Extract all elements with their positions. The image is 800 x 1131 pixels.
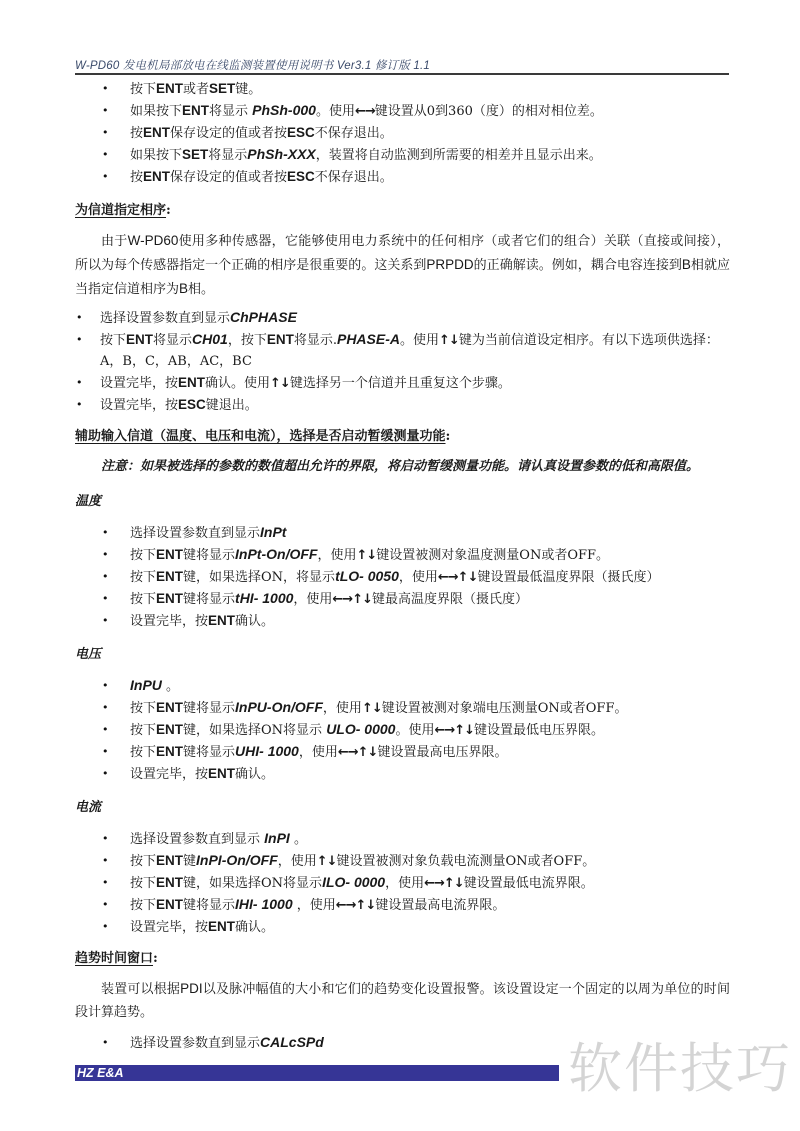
- four-way-arrow-icon: ←→↑↓: [338, 745, 378, 760]
- list-item: 按ENT保存设定的值或者按ESC不保存退出。: [0, 122, 800, 144]
- document-header-title: W-PD60 发电机局部放电在线监测装置使用说明书 Ver3.1 修订版 1.1: [75, 57, 729, 73]
- list-item: 按下ENT键将显示UHI- 1000，使用←→↑↓键设置最高电压界限。: [0, 741, 800, 763]
- display-code: InPI-On/OFF: [196, 852, 278, 868]
- list-item: 按下ENT键，如果选择ON，将显示tLO- 0050，使用←→↑↓键设置最低温度…: [0, 566, 800, 588]
- list-item: 按下ENT或者SET键。: [0, 78, 800, 100]
- list-item: 如果按下ENT将显示 PhSh-000。使用←→键设置从0到360（度）的相对相…: [0, 100, 800, 122]
- display-code: ChPHASE: [230, 309, 297, 325]
- four-way-arrow-icon: ←→↑↓: [336, 898, 376, 913]
- section-heading-channel-phase: 为信道指定相序:: [0, 200, 800, 221]
- up-down-arrow-icon: ↑↓: [439, 333, 459, 348]
- subsection-current: 电流: [0, 797, 800, 818]
- list-item: 设置完毕，按ESC键退出。: [0, 394, 800, 416]
- display-code: CH01: [192, 331, 228, 347]
- list-item: InPU 。: [0, 675, 800, 697]
- four-way-arrow-icon: ←→↑↓: [438, 570, 478, 585]
- display-code: InPt: [260, 524, 286, 540]
- section-heading-aux-inputs: 辅助输入信道（温度、电压和电流），选择是否启动暂缓测量功能:: [0, 426, 800, 447]
- up-down-arrow-icon: ↑↓: [362, 701, 382, 716]
- list-item: 按下ENT键将显示IHI- 1000 ，使用←→↑↓键设置最高电流界限。: [0, 894, 800, 916]
- display-code: CALcSPd: [260, 1034, 324, 1050]
- display-code: InPt-On/OFF: [235, 546, 317, 562]
- list-item: 选择设置参数直到显示 InPI 。: [0, 828, 800, 850]
- display-code: PHASE-A: [337, 331, 400, 347]
- display-code: PhSh-000: [252, 102, 316, 118]
- list-item: 按下ENT将显示CH01，按下ENT将显示.PHASE-A。使用↑↓键为当前信道…: [0, 329, 740, 372]
- display-code: tHI- 1000: [235, 590, 293, 606]
- display-code: ILO- 0000: [322, 874, 385, 890]
- list-item: 选择设置参数直到显示InPt: [0, 522, 800, 544]
- list-item: 按下ENT键将显示InPt-On/OFF，使用↑↓键设置被测对象温度测量ON或者…: [0, 544, 800, 566]
- display-code: UHI- 1000: [235, 743, 299, 759]
- list-item: 按下ENT键将显示tHI- 1000，使用←→↑↓键最高温度界限（摄氏度）: [0, 588, 800, 610]
- list-item: 按下ENT键，如果选择ON将显示ILO- 0000，使用←→↑↓键设置最低电流界…: [0, 872, 800, 894]
- header-divider: [75, 73, 729, 75]
- footer-company-label: HZ E&A: [77, 1065, 124, 1081]
- display-code: PhSh-XXX: [247, 146, 315, 162]
- temperature-steps: 选择设置参数直到显示InPt 按下ENT键将显示InPt-On/OFF，使用↑↓…: [0, 522, 800, 632]
- list-item: 选择设置参数直到显示ChPHASE: [0, 307, 800, 329]
- up-down-arrow-icon: ↑↓: [317, 854, 337, 869]
- display-code: ULO- 0000: [326, 721, 395, 737]
- list-item: 设置完毕，按ENT确认。: [0, 763, 800, 785]
- watermark-text: 软件技巧: [568, 1034, 792, 1104]
- trend-window-paragraph: 装置可以根据PDI以及脉冲幅值的大小和它们的趋势变化设置报警。该设置设定一个固定…: [0, 977, 730, 1024]
- four-way-arrow-icon: ←→↑↓: [424, 876, 464, 891]
- list-item: 如果按下SET将显示PhSh-XXX，装置将自动监测到所需要的相差并且显示出来。: [0, 144, 800, 166]
- list-item: 设置完毕，按ENT确认。: [0, 916, 800, 938]
- display-code: InPU-On/OFF: [235, 699, 323, 715]
- current-steps: 选择设置参数直到显示 InPI 。 按下ENT键InPI-On/OFF，使用↑↓…: [0, 828, 800, 938]
- up-down-arrow-icon: ↑↓: [356, 548, 376, 563]
- list-item: 按下ENT键将显示InPU-On/OFF，使用↑↓键设置被测对象端电压测量ON或…: [0, 697, 800, 719]
- channel-phase-steps: 选择设置参数直到显示ChPHASE 按下ENT将显示CH01，按下ENT将显示.…: [0, 307, 800, 416]
- warning-note: 注意：如果被选择的参数的数值超出允许的界限，将启动暂缓测量功能。请认真设置参数的…: [0, 455, 730, 479]
- list-item: 按下ENT键，如果选择ON将显示 ULO- 0000。使用←→↑↓键设置最低电压…: [0, 719, 800, 741]
- channel-phase-paragraph: 由于W-PD60使用多种传感器，它能够使用电力系统中的任何相序（或者它们的组合）…: [0, 229, 730, 301]
- four-way-arrow-icon: ←→↑↓: [332, 592, 372, 607]
- four-way-arrow-icon: ←→↑↓: [434, 723, 474, 738]
- list-item: 按下ENT键InPI-On/OFF，使用↑↓键设置被测对象负载电流测量ON或者O…: [0, 850, 800, 872]
- display-code: InPI: [264, 830, 290, 846]
- display-code: tLO- 0050: [335, 568, 399, 584]
- list-item: 设置完毕，按ENT确认。使用↑↓键选择另一个信道并且重复这个步骤。: [0, 372, 800, 394]
- up-down-arrow-icon: ↑↓: [270, 376, 290, 391]
- phase-shift-steps: 按下ENT或者SET键。 如果按下ENT将显示 PhSh-000。使用←→键设置…: [0, 78, 800, 188]
- subsection-temperature: 温度: [0, 491, 800, 512]
- voltage-steps: InPU 。 按下ENT键将显示InPU-On/OFF，使用↑↓键设置被测对象端…: [0, 675, 800, 785]
- subsection-voltage: 电压: [0, 644, 800, 665]
- section-heading-trend-window: 趋势时间窗口:: [0, 948, 800, 969]
- footer-bar: HZ E&A: [75, 1065, 559, 1081]
- display-code: InPU: [130, 677, 162, 693]
- display-code: IHI- 1000: [235, 896, 293, 912]
- list-item: 设置完毕，按ENT确认。: [0, 610, 800, 632]
- list-item: 按ENT保存设定的值或者按ESC不保存退出。: [0, 166, 800, 188]
- left-right-arrow-icon: ←→: [355, 104, 375, 119]
- document-body: 按下ENT或者SET键。 如果按下ENT将显示 PhSh-000。使用←→键设置…: [0, 78, 800, 1054]
